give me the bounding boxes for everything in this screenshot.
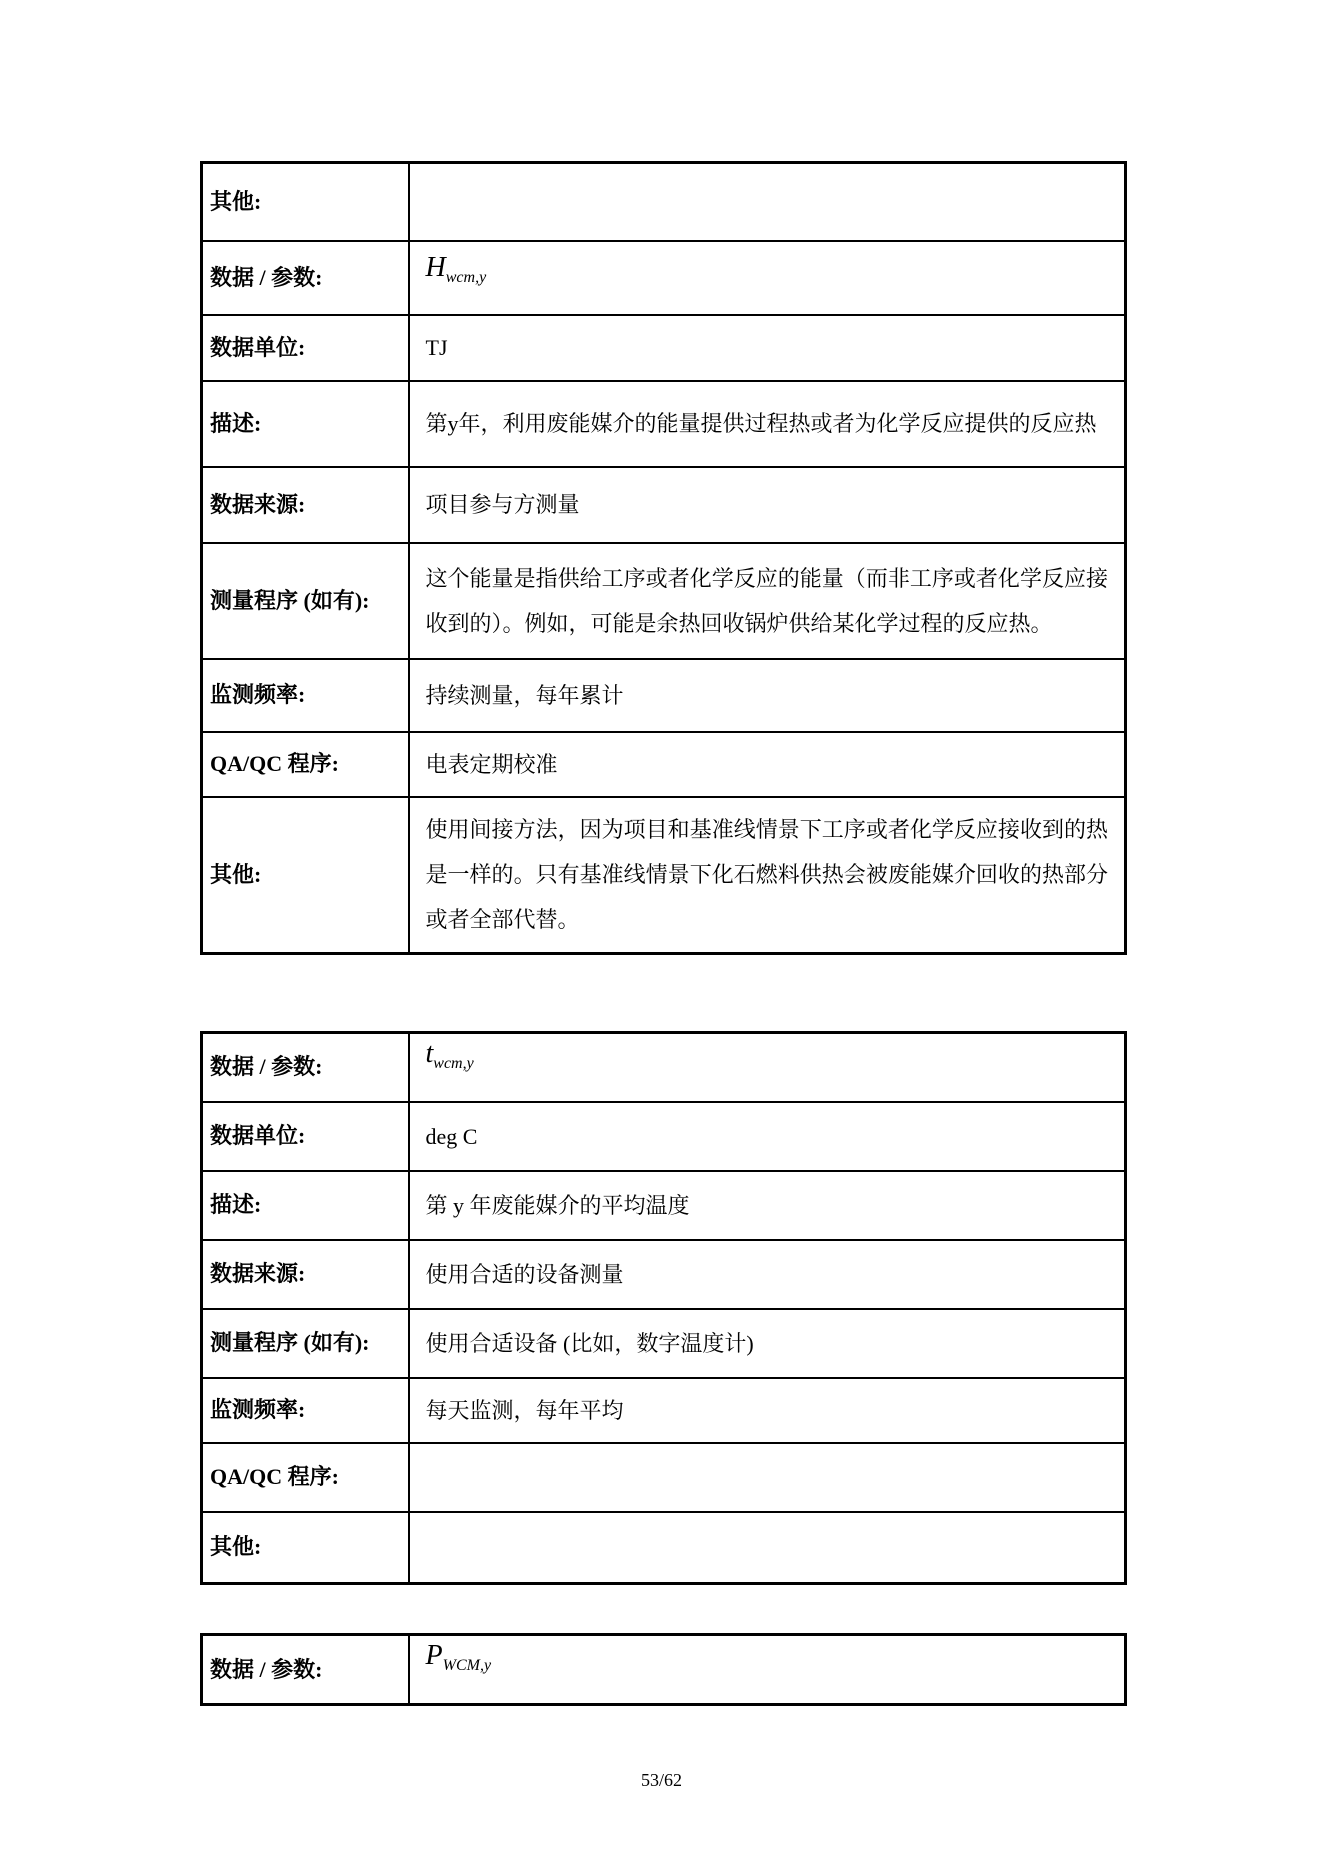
row-value: 持续测量，每年累计: [409, 659, 1126, 732]
parameter-table-h-wcm-y: 其他: 数据 / 参数: Hwcm,y 数据单位: TJ 描述: 第y年，利用废…: [200, 161, 1127, 955]
table-row: 监测频率: 每天监测，每年平均: [202, 1378, 1126, 1443]
table-row: 其他: 使用间接方法，因为项目和基准线情景下工序或者化学反应接收到的热是一样的。…: [202, 797, 1126, 954]
parameter-table-t-wcm-y: 数据 / 参数: twcm,y 数据单位: deg C 描述: 第 y 年废能媒…: [200, 1031, 1127, 1585]
row-label: 描述:: [202, 1171, 409, 1240]
row-value: 使用间接方法，因为项目和基准线情景下工序或者化学反应接收到的热是一样的。只有基准…: [409, 797, 1126, 954]
row-value-parameter: PWCM,y: [409, 1635, 1126, 1705]
row-label: 数据 / 参数:: [202, 241, 409, 315]
table-row: 其他:: [202, 1512, 1126, 1584]
document-page: 其他: 数据 / 参数: Hwcm,y 数据单位: TJ 描述: 第y年，利用废…: [0, 0, 1323, 1871]
row-value: 第 y 年废能媒介的平均温度: [409, 1171, 1126, 1240]
page-number: 53/62: [0, 1770, 1323, 1791]
table-row: 数据来源: 使用合适的设备测量: [202, 1240, 1126, 1309]
row-label: 监测频率:: [202, 1378, 409, 1443]
row-value-parameter: Hwcm,y: [409, 241, 1126, 315]
row-value: [409, 163, 1126, 241]
row-label: 数据单位:: [202, 315, 409, 381]
row-value: [409, 1512, 1126, 1584]
table-row: 测量程序 (如有): 这个能量是指供给工序或者化学反应的能量（而非工序或者化学反…: [202, 543, 1126, 659]
table-row: 数据 / 参数: Hwcm,y: [202, 241, 1126, 315]
row-label: 数据 / 参数:: [202, 1033, 409, 1102]
row-label: QA/QC 程序:: [202, 732, 409, 797]
table-row: 描述: 第y年，利用废能媒介的能量提供过程热或者为化学反应提供的反应热: [202, 381, 1126, 467]
row-label: 数据来源:: [202, 467, 409, 543]
row-label: 其他:: [202, 1512, 409, 1584]
row-value: 电表定期校准: [409, 732, 1126, 797]
table-row: QA/QC 程序:: [202, 1443, 1126, 1512]
row-label: 测量程序 (如有):: [202, 543, 409, 659]
row-label: 监测频率:: [202, 659, 409, 732]
row-label: 其他:: [202, 797, 409, 954]
parameter-symbol: Hwcm,y: [426, 252, 487, 283]
row-value: 使用合适的设备测量: [409, 1240, 1126, 1309]
table-row: 数据单位: deg C: [202, 1102, 1126, 1171]
row-label: 数据来源:: [202, 1240, 409, 1309]
row-label: 其他:: [202, 163, 409, 241]
row-label: 数据 / 参数:: [202, 1635, 409, 1705]
row-value-parameter: twcm,y: [409, 1033, 1126, 1102]
table-row: 数据 / 参数: twcm,y: [202, 1033, 1126, 1102]
table-row: 数据来源: 项目参与方测量: [202, 467, 1126, 543]
table-row: 数据单位: TJ: [202, 315, 1126, 381]
table-row: 测量程序 (如有): 使用合适设备 (比如，数字温度计): [202, 1309, 1126, 1378]
row-value: 这个能量是指供给工序或者化学反应的能量（而非工序或者化学反应接收到的）。例如，可…: [409, 543, 1126, 659]
table-row: 描述: 第 y 年废能媒介的平均温度: [202, 1171, 1126, 1240]
parameter-symbol: PWCM,y: [426, 1640, 492, 1671]
parameter-table-p-wcm-y: 数据 / 参数: PWCM,y: [200, 1633, 1127, 1706]
row-label: 描述:: [202, 381, 409, 467]
row-value: 第y年，利用废能媒介的能量提供过程热或者为化学反应提供的反应热: [409, 381, 1126, 467]
parameter-symbol: twcm,y: [426, 1038, 474, 1069]
table-row: 其他:: [202, 163, 1126, 241]
row-value: [409, 1443, 1126, 1512]
row-value: TJ: [409, 315, 1126, 381]
row-label: 测量程序 (如有):: [202, 1309, 409, 1378]
table-row: QA/QC 程序: 电表定期校准: [202, 732, 1126, 797]
row-label: 数据单位:: [202, 1102, 409, 1171]
row-value: 使用合适设备 (比如，数字温度计): [409, 1309, 1126, 1378]
table-row: 数据 / 参数: PWCM,y: [202, 1635, 1126, 1705]
row-value: 每天监测，每年平均: [409, 1378, 1126, 1443]
row-value: deg C: [409, 1102, 1126, 1171]
table-row: 监测频率: 持续测量，每年累计: [202, 659, 1126, 732]
row-value: 项目参与方测量: [409, 467, 1126, 543]
row-label: QA/QC 程序:: [202, 1443, 409, 1512]
